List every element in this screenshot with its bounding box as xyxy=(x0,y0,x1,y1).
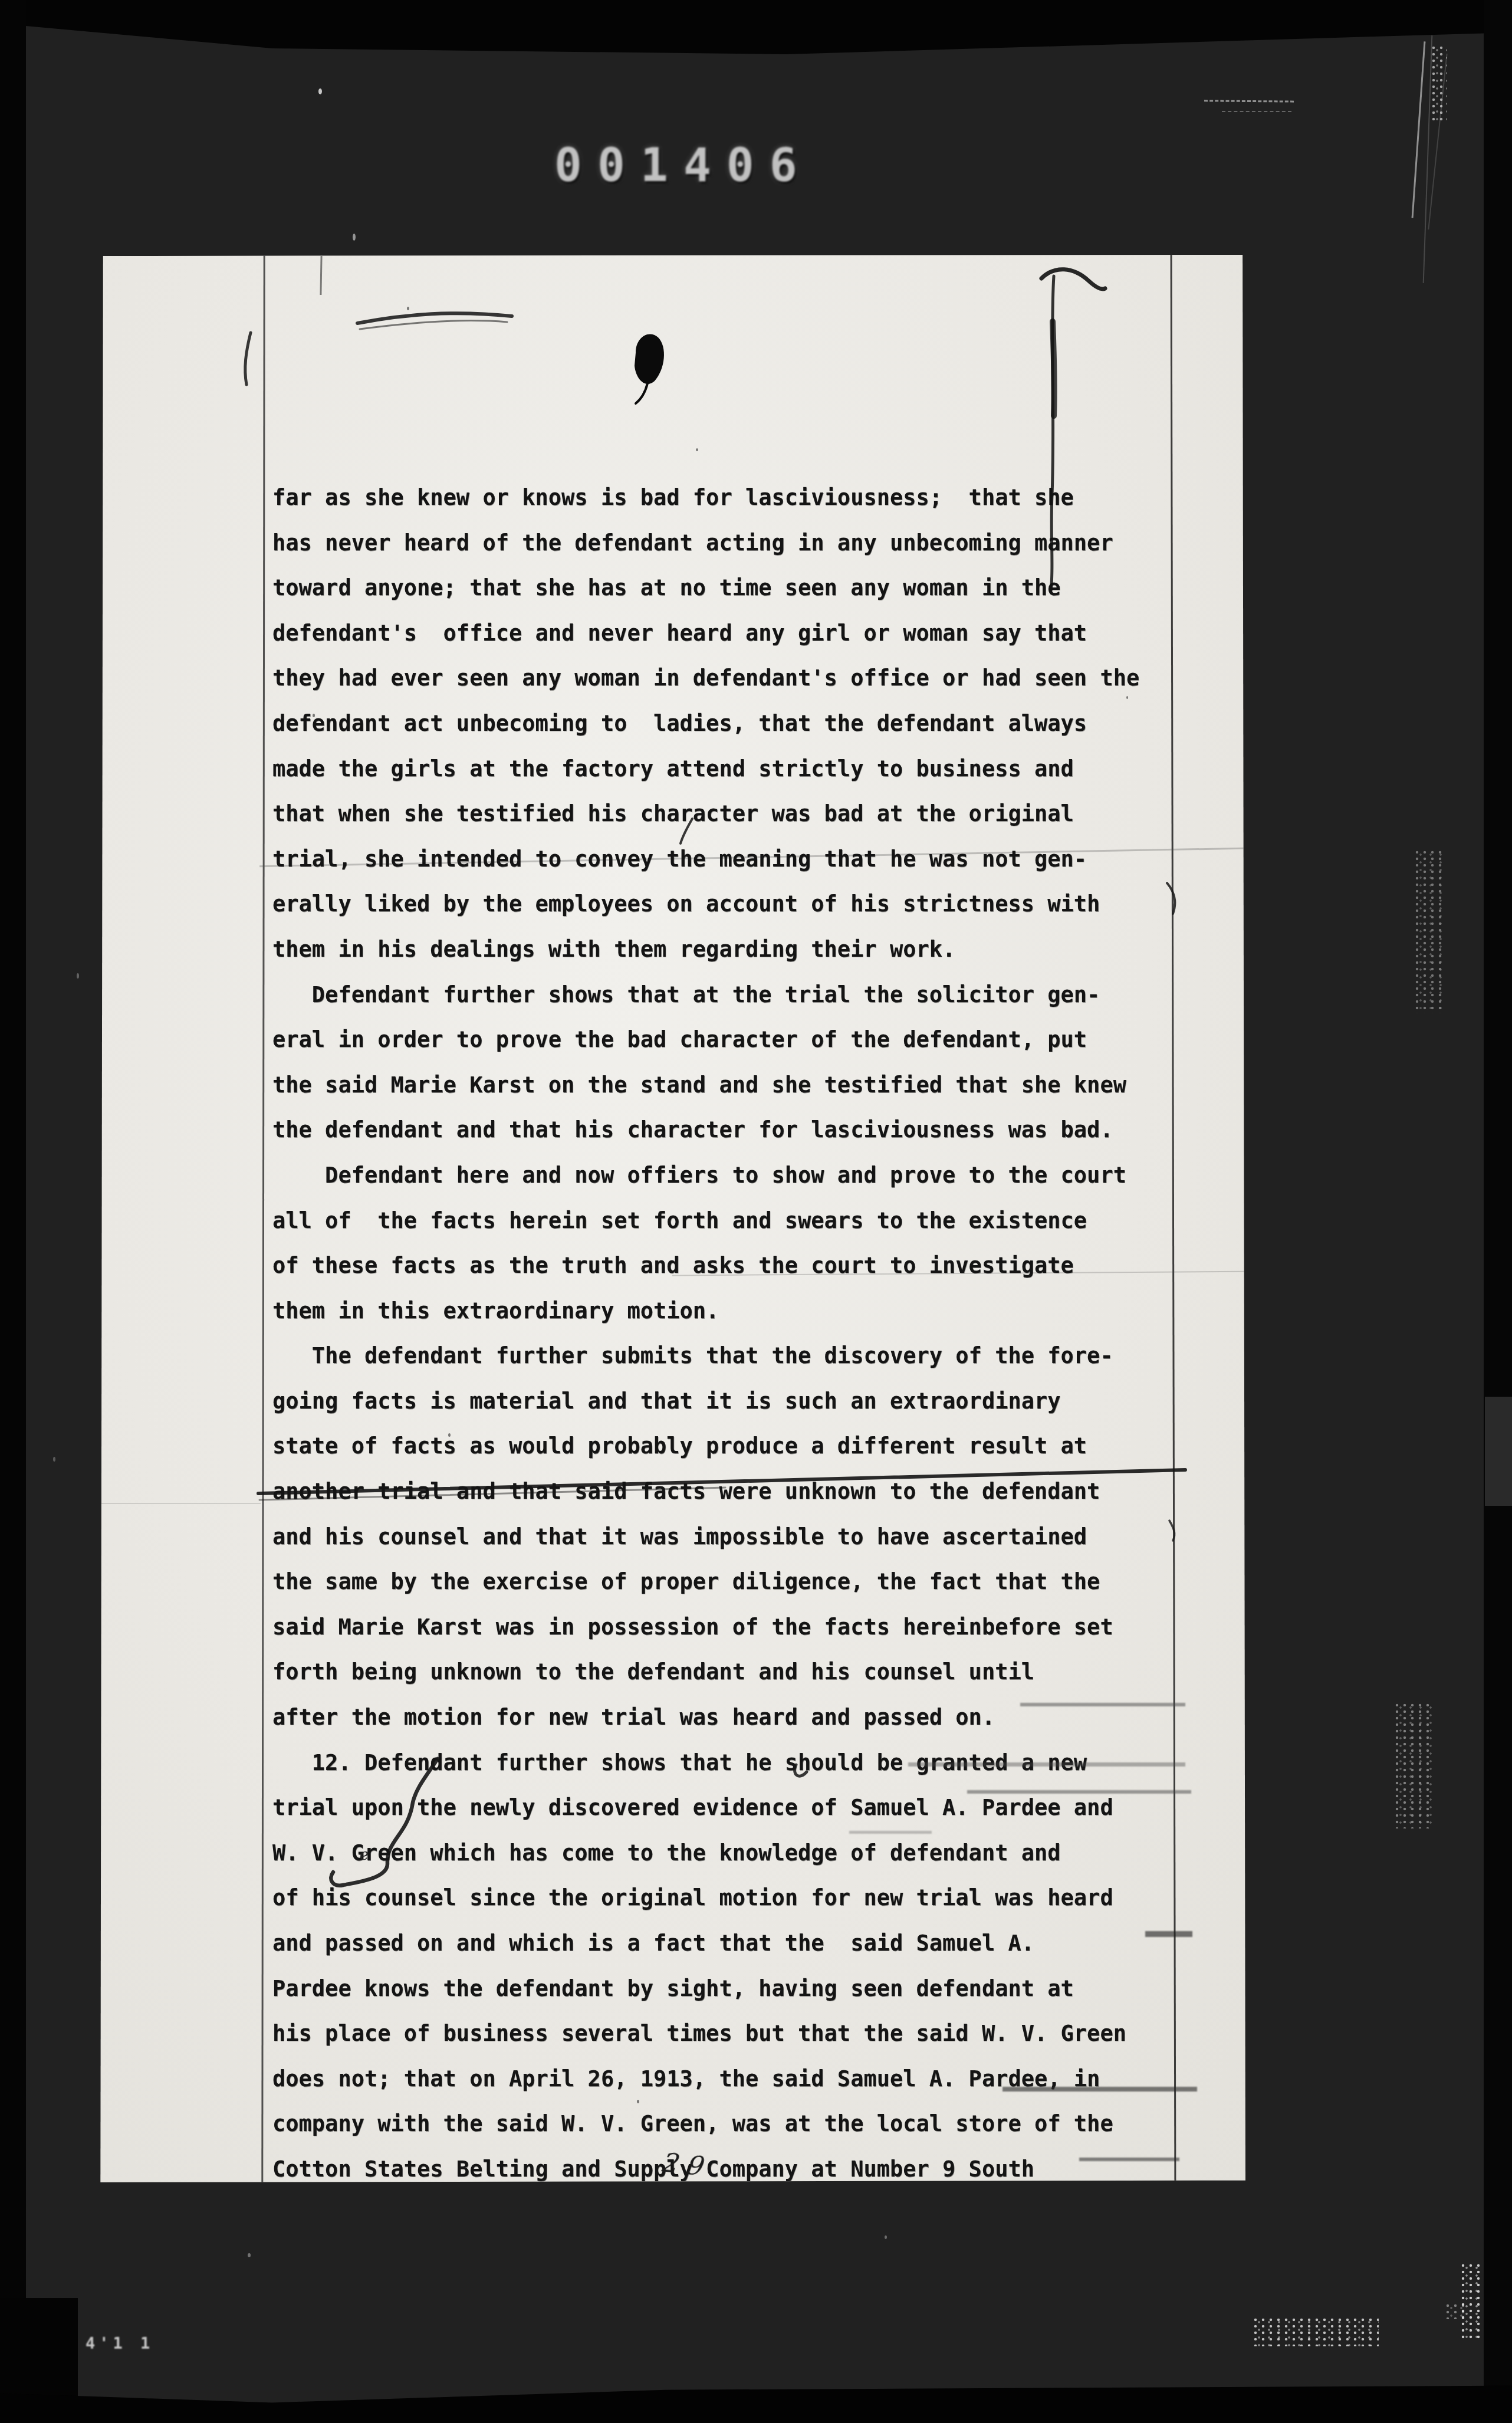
ink-speck xyxy=(407,307,409,310)
typewritten-line: eral in order to prove the bad character… xyxy=(272,1017,1216,1063)
scan-streak xyxy=(849,1831,932,1834)
film-speck xyxy=(53,1457,55,1462)
typewritten-line: defendant act unbecoming to ladies, that… xyxy=(272,701,1216,747)
typewritten-line: said Marie Karst was in possession of th… xyxy=(272,1605,1216,1650)
typewritten-line: The defendant further submits that the d… xyxy=(272,1334,1216,1379)
film-speck xyxy=(77,973,79,979)
film-strip-left xyxy=(0,0,26,2423)
ink-speck xyxy=(696,448,698,451)
typewritten-line: the defendant and that his character for… xyxy=(272,1108,1216,1153)
typewritten-line: has never heard of the defendant acting … xyxy=(272,521,1216,566)
typewritten-line: after the motion for new trial was heard… xyxy=(272,1695,1216,1741)
handwritten-margin-note: e xyxy=(359,1846,369,1864)
typewritten-line: that when she testified his character wa… xyxy=(272,792,1216,837)
typewritten-line: his place of business several times but … xyxy=(272,2011,1216,2057)
scan-streak xyxy=(908,1762,1185,1767)
typewritten-line: another trial and that said facts were u… xyxy=(272,1469,1216,1515)
typewritten-line: the same by the exercise of proper dilig… xyxy=(272,1559,1216,1605)
microfilm-frame: 001406 far as she knew or knows is bad f… xyxy=(0,0,1512,2423)
paper-crease xyxy=(101,1503,261,1504)
typewritten-line: made the girls at the factory attend str… xyxy=(272,747,1216,792)
film-speck xyxy=(318,88,322,94)
handwritten-page-number: 29 xyxy=(660,2148,715,2183)
film-speck xyxy=(353,234,356,241)
film-scratch xyxy=(1423,35,1433,283)
typewritten-line: does not; that on April 26, 1913, the sa… xyxy=(272,2057,1216,2102)
typewritten-line: erally liked by the employees on account… xyxy=(272,882,1216,927)
typewritten-line: them in this extraordinary motion. xyxy=(272,1289,1216,1334)
film-strip-gap xyxy=(1485,1397,1512,1506)
film-speckle-patch xyxy=(1432,46,1447,123)
film-speckle-patch xyxy=(1254,2318,1379,2346)
film-scratch-dashed xyxy=(1222,111,1291,112)
typewritten-line: going facts is material and that it is s… xyxy=(272,1379,1216,1424)
film-scratch xyxy=(1412,41,1426,218)
film-band-bottom xyxy=(0,2381,1512,2423)
typewritten-line: them in his dealings with them regarding… xyxy=(272,927,1216,973)
film-speckle-patch xyxy=(1415,851,1442,1013)
typewritten-line: defendant's office and never heard any g… xyxy=(272,611,1216,656)
typewritten-text-block: far as she knew or knows is bad for lasc… xyxy=(272,475,1216,2192)
typewritten-line: of his counsel since the original motion… xyxy=(272,1876,1216,1921)
typewritten-line: toward anyone; that she has at no time s… xyxy=(272,566,1216,611)
scan-streak xyxy=(1020,1703,1185,1706)
film-band-top xyxy=(0,0,1512,59)
film-speckle-patch xyxy=(1395,1703,1433,1828)
scan-streak xyxy=(1002,2087,1197,2092)
typewritten-line: trial, she intended to convey the meanin… xyxy=(272,837,1216,882)
typewritten-line: forth being unknown to the defendant and… xyxy=(272,1650,1216,1695)
typewritten-line: Pardee knows the defendant by sight, hav… xyxy=(272,1966,1216,2012)
typewritten-line: Defendant here and now offiers to show a… xyxy=(272,1153,1216,1199)
typewritten-line: Cotton States Belting and Supply Company… xyxy=(272,2147,1216,2192)
scan-streak xyxy=(1145,1931,1192,1937)
film-strip-right xyxy=(1484,0,1512,2423)
document-page: far as she knew or knows is bad for lasc… xyxy=(99,255,1245,2182)
typewritten-line: of these facts as the truth and asks the… xyxy=(272,1243,1216,1289)
film-speck xyxy=(885,2235,887,2239)
film-scratch-dashed xyxy=(1204,100,1294,102)
typewritten-line: all of the facts herein set forth and sw… xyxy=(272,1199,1216,1244)
typewritten-line: company with the said W. V. Green, was a… xyxy=(272,2102,1216,2147)
typewritten-line: and his counsel and that it was impossib… xyxy=(272,1515,1216,1560)
left-margin-rule-line xyxy=(261,255,265,2182)
scan-streak xyxy=(1079,2158,1179,2161)
film-speckle-patch xyxy=(1446,2304,1470,2319)
typewritten-line: state of facts as would probably produce… xyxy=(272,1424,1216,1469)
typewritten-line: they had ever seen any woman in defendan… xyxy=(272,656,1216,701)
film-speck xyxy=(248,2253,251,2257)
frame-number-stamp: 001406 xyxy=(554,139,813,192)
typewritten-line: and passed on and which is a fact that t… xyxy=(272,1921,1216,1966)
typewritten-line: W. V. Green which has come to the knowle… xyxy=(272,1831,1216,1876)
typewritten-line: Defendant further shows that at the tria… xyxy=(272,973,1216,1018)
scan-streak xyxy=(967,1790,1191,1794)
page-top-crease xyxy=(320,256,322,295)
typewritten-line: far as she knew or knows is bad for lasc… xyxy=(272,475,1216,521)
typewritten-line: the said Marie Karst on the stand and sh… xyxy=(272,1063,1216,1108)
